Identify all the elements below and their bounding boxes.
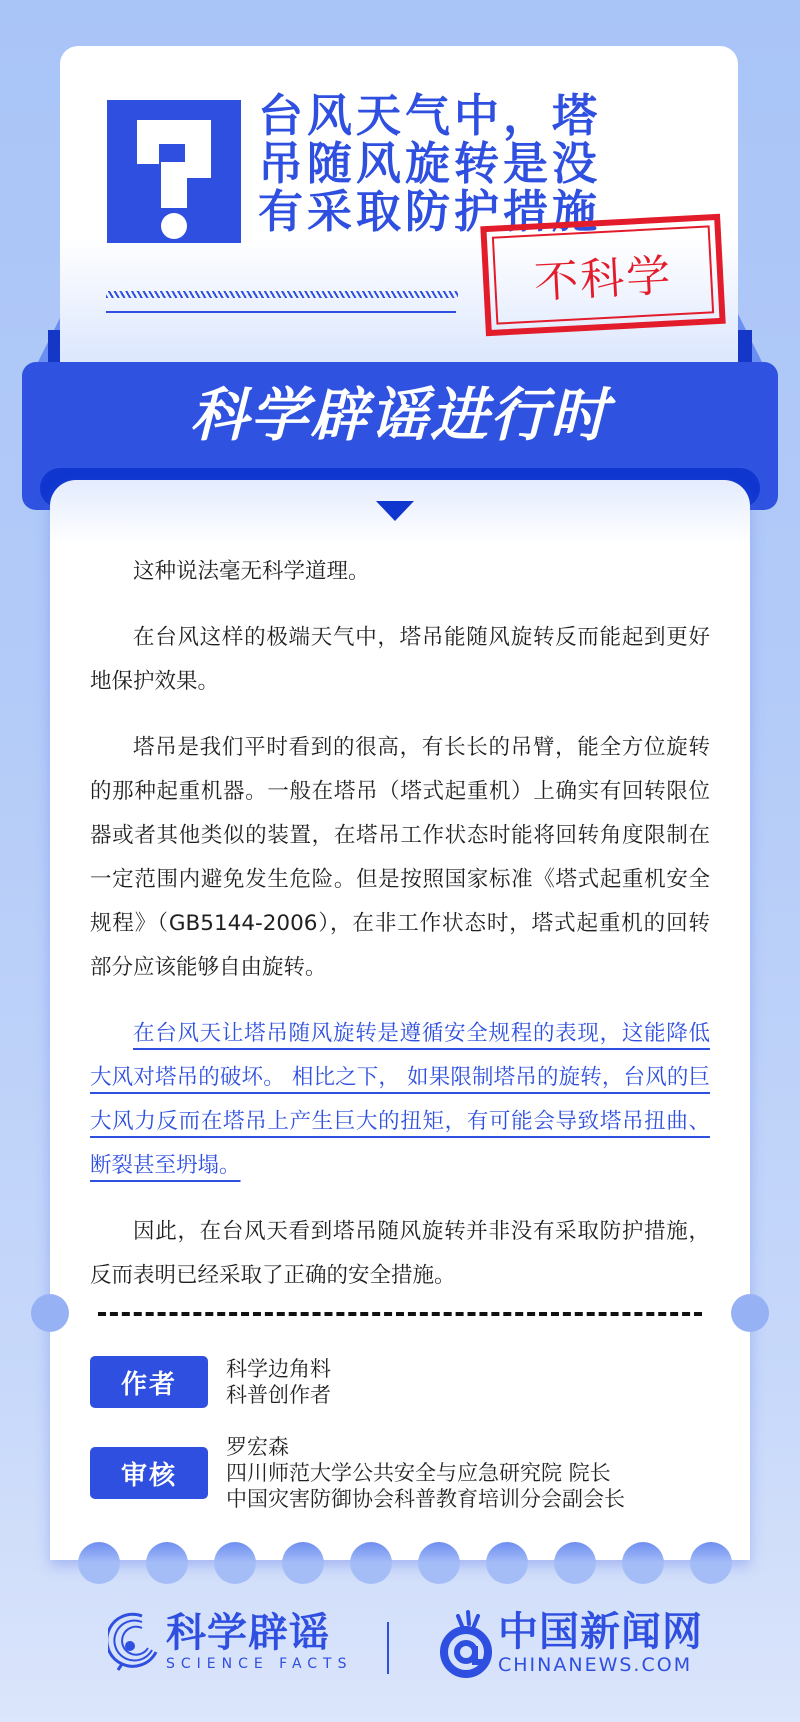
reviewer-name: 罗宏森 bbox=[226, 1434, 625, 1460]
stamp-text: 不科学 bbox=[492, 225, 714, 324]
author-info: 科学边角料 科普创作者 bbox=[226, 1356, 331, 1408]
reviewer-row: 审核 罗宏森 四川师范大学公共安全与应急研究院 院长 中国灾害防御协会科普教育培… bbox=[90, 1434, 625, 1512]
science-facts-emblem-icon bbox=[108, 1612, 160, 1672]
paragraph-3: 塔吊是我们平时看到的很高，有长长的吊臂，能全方位旋转的那种起重机器。一般在塔吊（… bbox=[90, 726, 710, 990]
not-scientific-stamp: 不科学 bbox=[480, 214, 725, 336]
paragraph-1: 这种说法毫无科学道理。 bbox=[90, 550, 710, 594]
paragraph-4-highlight: 在台风天让塔吊随风旋转是遵循安全规程的表现，这能降低大风对塔吊的破坏。 相比之下… bbox=[90, 1012, 710, 1188]
scalloped-edge bbox=[50, 1542, 750, 1564]
author-badge: 作者 bbox=[90, 1356, 208, 1408]
reviewer-title-1: 四川师范大学公共安全与应急研究院 院长 bbox=[226, 1460, 625, 1486]
reviewer-badge: 审核 bbox=[90, 1447, 208, 1499]
headline-line-1: 台风天气中，塔 bbox=[258, 92, 698, 140]
science-facts-en: SCIENCE FACTS bbox=[166, 1656, 353, 1672]
headline-line-2: 吊随风旋转是没 bbox=[258, 140, 698, 188]
paragraph-5: 因此，在台风天看到塔吊随风旋转并非没有采取防护措施，反而表明已经采取了正确的安全… bbox=[90, 1210, 710, 1298]
question-mark-icon bbox=[107, 100, 241, 243]
rule-divider bbox=[106, 311, 456, 313]
ticket-notch-right bbox=[731, 1294, 769, 1332]
science-facts-logo: 科学辟谣 SCIENCE FACTS bbox=[108, 1612, 353, 1672]
dashed-divider bbox=[98, 1312, 702, 1316]
chinanews-logo: 中国新闻网 CHINANEWS.COM bbox=[436, 1606, 703, 1680]
banner-title: 科学辟谣进行时 bbox=[0, 380, 800, 450]
author-name: 科学边角料 bbox=[226, 1356, 331, 1382]
hatch-divider bbox=[106, 291, 458, 298]
science-facts-cn: 科学辟谣 bbox=[166, 1612, 353, 1654]
ticket-notch-left bbox=[31, 1294, 69, 1332]
chinanews-en: CHINANEWS.COM bbox=[498, 1654, 703, 1676]
down-arrow-icon bbox=[376, 501, 414, 521]
paragraph-2: 在台风这样的极端天气中，塔吊能随风旋转反而能起到更好地保护效果。 bbox=[90, 616, 710, 704]
chinanews-cn: 中国新闻网 bbox=[498, 1610, 703, 1654]
author-row: 作者 科学边角料 科普创作者 bbox=[90, 1356, 331, 1408]
reviewer-title-2: 中国灾害防御协会科普教育培训分会副会长 bbox=[226, 1486, 625, 1512]
reviewer-info: 罗宏森 四川师范大学公共安全与应急研究院 院长 中国灾害防御协会科普教育培训分会… bbox=[226, 1434, 625, 1512]
headline: 台风天气中，塔 吊随风旋转是没 有采取防护措施 bbox=[258, 92, 698, 236]
author-title: 科普创作者 bbox=[226, 1382, 331, 1408]
poster: 台风天气中，塔 吊随风旋转是没 有采取防护措施 不科学 科学辟谣进行时 这种说法… bbox=[0, 0, 800, 1722]
at-sign-icon bbox=[436, 1606, 496, 1680]
article-body: 这种说法毫无科学道理。 在台风这样的极端天气中，塔吊能随风旋转反而能起到更好地保… bbox=[90, 550, 710, 1320]
logo-divider bbox=[387, 1622, 389, 1674]
footer: 科学辟谣 SCIENCE FACTS 中国新闻网 CHINANEWS.COM bbox=[0, 1600, 800, 1720]
